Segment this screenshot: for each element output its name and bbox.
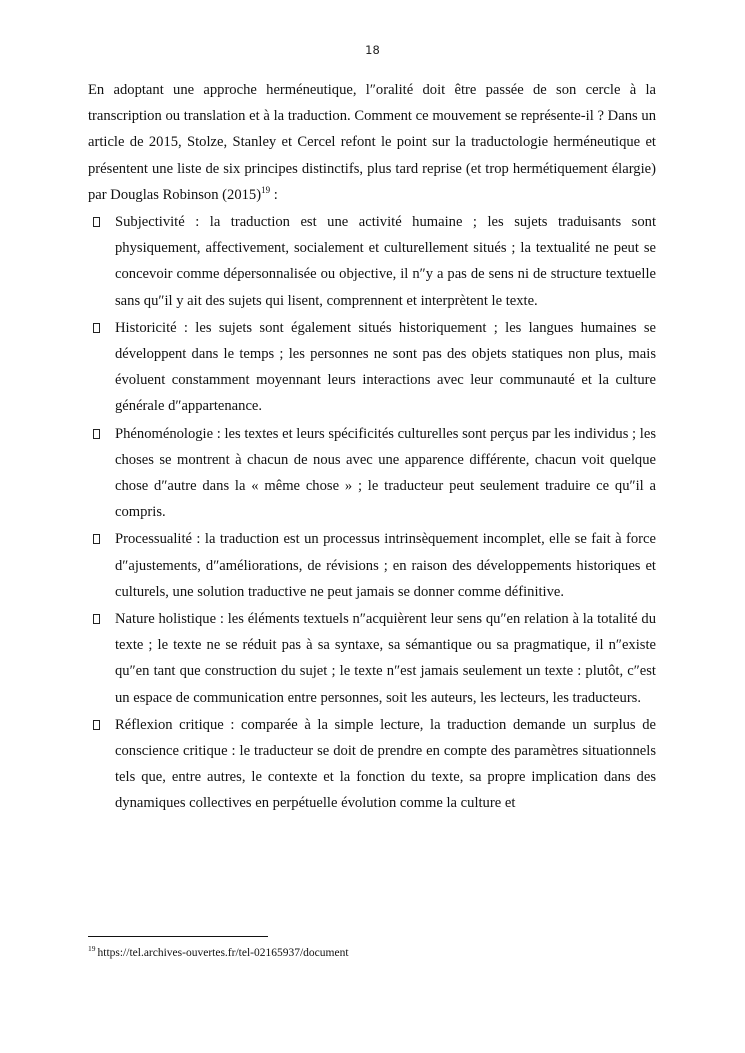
footnote-reference[interactable]: 19 [261,185,270,195]
square-bullet-icon [93,534,100,544]
document-page: 18 En adoptant une approche herméneutiqu… [0,0,745,1053]
list-item-phenomenologie: Phénoménologie : les textes et leurs spé… [88,421,656,526]
intro-trailing: : [270,187,278,203]
list-item-subjectivite: Subjectivité : la traduction est une act… [88,209,656,314]
list-item-text: Historicité : les sujets sont également … [115,320,656,415]
square-bullet-icon [93,720,100,730]
square-bullet-icon [93,323,100,333]
intro-paragraph: En adoptant une approche herméneutique, … [88,77,656,208]
list-item-text: Nature holistique : les éléments textuel… [115,611,656,706]
square-bullet-icon [93,429,100,439]
footnote-link[interactable]: https://tel.archives-ouvertes.fr/tel-021… [98,947,349,959]
list-item-text: Processualité : la traduction est un pro… [115,531,656,599]
footnote-separator [88,936,268,937]
page-body: En adoptant une approche herméneutique, … [88,77,656,817]
principles-list: Subjectivité : la traduction est une act… [88,209,656,817]
intro-text: En adoptant une approche herméneutique, … [88,82,656,203]
list-item-text: Réflexion critique : comparée à la simpl… [115,717,656,812]
square-bullet-icon [93,217,100,227]
footnote-number: 19 [88,944,96,953]
list-item-text: Subjectivité : la traduction est une act… [115,214,656,309]
square-bullet-icon [93,614,100,624]
list-item-processualite: Processualité : la traduction est un pro… [88,526,656,605]
list-item-text: Phénoménologie : les textes et leurs spé… [115,426,656,521]
list-item-nature-holistique: Nature holistique : les éléments textuel… [88,606,656,711]
list-item-reflexion-critique: Réflexion critique : comparée à la simpl… [88,712,656,817]
list-item-historicite: Historicité : les sujets sont également … [88,315,656,420]
footnote: 19https://tel.archives-ouvertes.fr/tel-0… [88,947,349,959]
page-number: 18 [0,43,745,57]
